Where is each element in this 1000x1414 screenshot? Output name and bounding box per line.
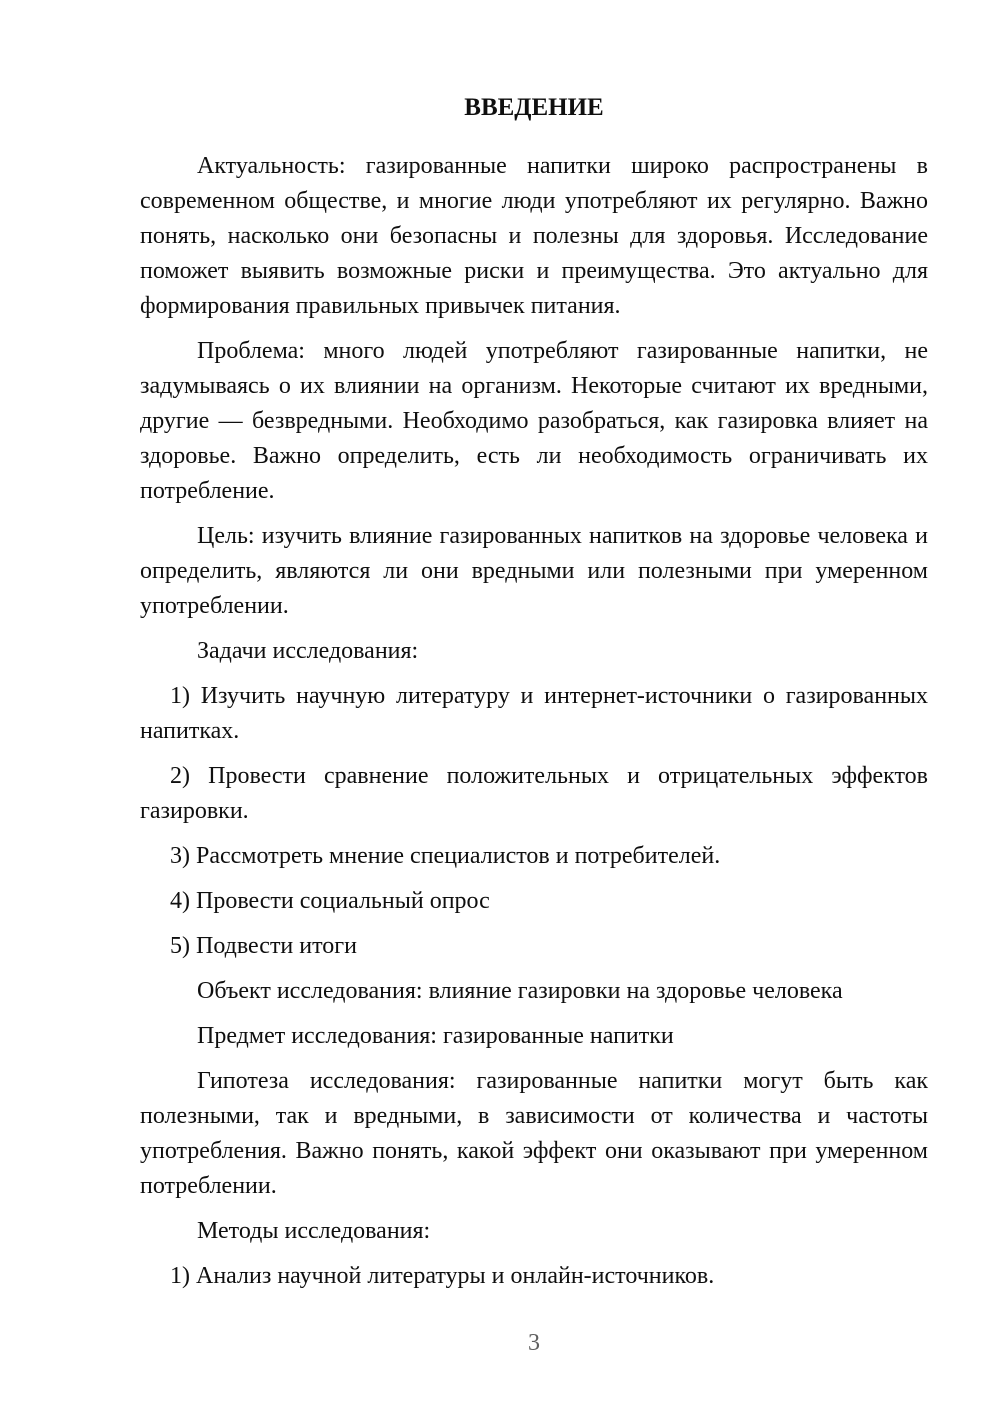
document-content: ВВЕДЕНИЕ Актуальность: газированные напи… xyxy=(140,93,928,1304)
problem-paragraph: Проблема: много людей употребляют газиро… xyxy=(140,334,928,509)
task-item-4: 4) Провести социальный опрос xyxy=(140,884,928,919)
object-line: Объект исследования: влияние газировки н… xyxy=(140,974,928,1009)
document-page: ВВЕДЕНИЕ Актуальность: газированные напи… xyxy=(0,0,1000,1414)
task-item-1: 1) Изучить научную литературу и интернет… xyxy=(140,679,928,749)
page-number: 3 xyxy=(140,1330,928,1357)
goal-paragraph: Цель: изучить влияние газированных напит… xyxy=(140,519,928,624)
actuality-paragraph: Актуальность: газированные напитки широк… xyxy=(140,149,928,324)
hypothesis-paragraph: Гипотеза исследования: газированные напи… xyxy=(140,1064,928,1204)
method-item-1: 1) Анализ научной литературы и онлайн-ис… xyxy=(140,1259,928,1294)
tasks-heading: Задачи исследования: xyxy=(140,634,928,669)
task-item-2: 2) Провести сравнение положительных и от… xyxy=(140,759,928,829)
document-title: ВВЕДЕНИЕ xyxy=(140,93,928,123)
task-item-3: 3) Рассмотреть мнение специалистов и пот… xyxy=(140,839,928,874)
task-item-5: 5) Подвести итоги xyxy=(140,929,928,964)
subject-line: Предмет исследования: газированные напит… xyxy=(140,1019,928,1054)
methods-heading: Методы исследования: xyxy=(140,1214,928,1249)
